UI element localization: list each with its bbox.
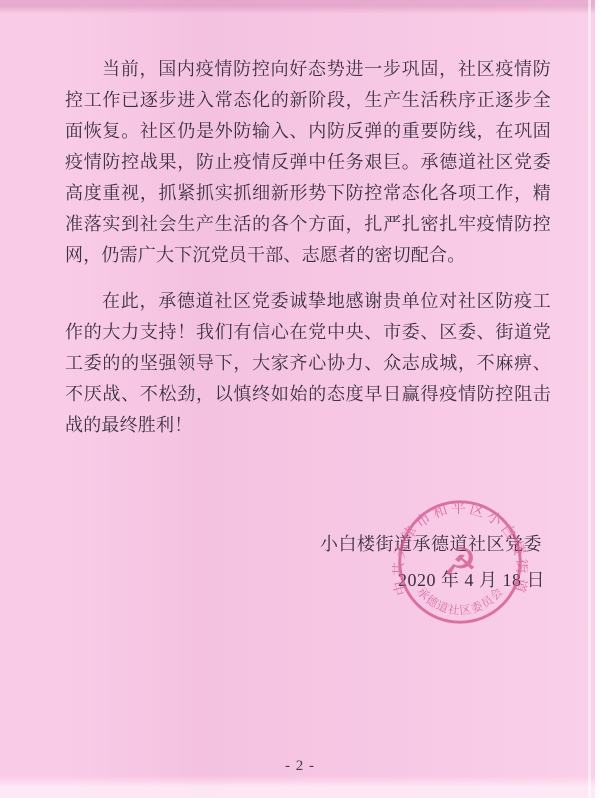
official-seal-stamp: 中共天津市和平区小白楼街道 承德道社区委员会 ☭ bbox=[392, 494, 528, 630]
letter-body: 当前，国内疫情防控向好态势进一步巩固，社区疫情防控工作已逐步进入常态化的新阶段，… bbox=[65, 54, 551, 441]
body-paragraph: 当前，国内疫情防控向好态势进一步巩固，社区疫情防控工作已逐步进入常态化的新阶段，… bbox=[65, 54, 551, 271]
scanned-letter-page: 当前，国内疫情防控向好态势进一步巩固，社区疫情防控工作已逐步进入常态化的新阶段，… bbox=[0, 0, 600, 798]
signature-org-name: 小白楼街道承德道社区党委 bbox=[320, 533, 542, 555]
page-number: - 2 - bbox=[0, 758, 600, 775]
body-paragraph: 在此，承德道社区党委诚挚地感谢贵单位对社区防疫工作的大力支持！我们有信心在党中央… bbox=[65, 286, 551, 441]
letter-date: 2020 年 4 月 18 日 bbox=[398, 569, 545, 591]
seal-outer-ring bbox=[400, 502, 520, 622]
signature-block: 小白楼街道承德道社区党委 bbox=[320, 533, 542, 555]
